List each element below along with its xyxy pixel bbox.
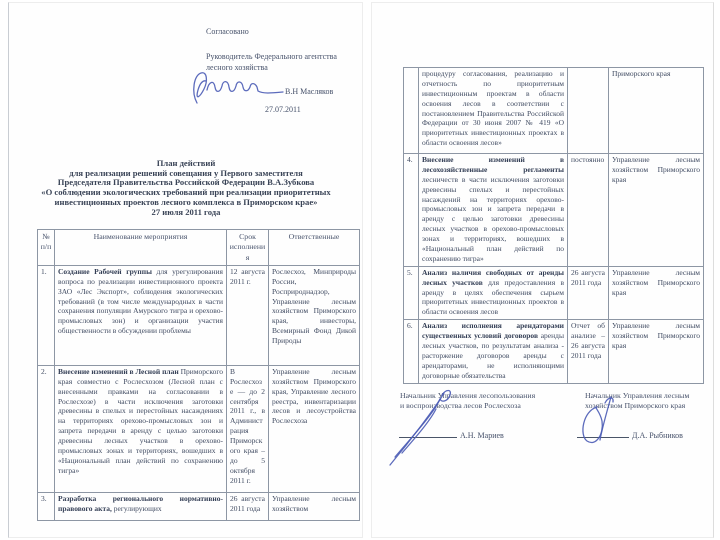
signatory-title-line2: хозяйством Приморского края <box>585 401 720 411</box>
document-page-right: процедуру согласования, реализацию и отч… <box>371 2 714 538</box>
activity-cell: Внесение изменений в Лесной план Приморс… <box>55 365 227 492</box>
table-row: 2. Внесение изменений в Лесной план Прим… <box>38 365 360 492</box>
row-number <box>404 68 419 154</box>
responsible-cell: Управление лесным хозяйством Приморского… <box>609 320 704 383</box>
approver-title-line1: Руководитель Федерального агентства <box>206 52 337 62</box>
activity-cell: процедуру согласования, реализацию и отч… <box>419 68 568 154</box>
responsible-cell: Управление лесным хозяйством Приморского… <box>609 154 704 267</box>
table-row-continuation: процедуру согласования, реализацию и отч… <box>404 68 704 154</box>
activity-cell: Анализ наличия свободных от аренды лесны… <box>419 266 568 319</box>
row-number: 5. <box>404 266 419 319</box>
deadline-cell: постоянно <box>568 154 609 267</box>
signatory-title-line1: Начальник Управления лесным <box>585 391 720 401</box>
activity-rest-text: лесничеств в части исключения заготовки … <box>422 175 564 263</box>
responsible-cell: Управление лесным хозяйством Приморского… <box>269 365 360 492</box>
signatory-title-line2: и воспроизводства лесов Рослесхоза <box>400 401 560 411</box>
responsible-cell: Рослесхоз, Минприроды России, Росприродн… <box>269 265 360 365</box>
row-number: 4. <box>404 154 419 267</box>
table-row: 1. Создание Рабочей группы для урегулиро… <box>38 265 360 365</box>
responsible-cell: Управление лесным хозяйством <box>269 492 360 520</box>
row-number: 3. <box>38 492 55 520</box>
activity-cell: Создание Рабочей группы для урегулирован… <box>55 265 227 365</box>
activity-rest-text: регулирующих <box>112 504 162 513</box>
signature-underline <box>399 429 457 438</box>
responsible-cell: Управление лесным хозяйством Приморского… <box>609 266 704 319</box>
approval-label: Согласовано <box>206 27 249 37</box>
deadline-cell: Отчет об анализе – 26 августа 2011 года <box>568 320 609 383</box>
deadline-cell: 12 августа 2011 г. <box>227 265 269 365</box>
signature-underline <box>577 429 629 438</box>
responsible-cell: Приморского края <box>609 68 704 154</box>
table-row: 4. Внесение изменений в лесохозяйственны… <box>404 154 704 267</box>
col-header-activity: Наименование мероприятия <box>55 230 227 266</box>
approval-date: 27.07.2011 <box>265 105 301 115</box>
table-row: 5. Анализ наличия свободных от аренды ле… <box>404 266 704 319</box>
signatory-title-line1: Начальник Управления лесопользования <box>400 391 560 401</box>
title-line: 27 июля 2011 года <box>25 208 347 218</box>
activity-bold-text: Внесение изменений в лесохозяйственные р… <box>422 155 564 174</box>
activity-rest-text: для урегулирования вопроса по реализации… <box>58 267 223 335</box>
table-row: 3. Разработка регионального нормативно-п… <box>38 492 360 520</box>
signature-line-left: А.Н. Мариев <box>399 429 504 440</box>
document-page-left: Согласовано Руководитель Федерального аг… <box>8 2 363 538</box>
activity-rest-text: процедуру согласования, реализацию и отч… <box>422 69 564 147</box>
signature-line-right: Д.А. Рыбников <box>577 429 683 440</box>
col-header-deadline: Срок исполнения <box>227 230 269 266</box>
action-plan-table-page2: процедуру согласования, реализацию и отч… <box>403 67 704 384</box>
deadline-cell <box>568 68 609 154</box>
activity-bold-text: Внесение изменений в Лесной план <box>58 367 179 376</box>
deadline-cell: В Рослесхозе — до 2 сентября 2011 г., в … <box>227 365 269 492</box>
signatory-title-right: Начальник Управления лесным хозяйством П… <box>585 391 720 411</box>
row-number: 1. <box>38 265 55 365</box>
document-title: План действий для реализации решений сов… <box>25 159 347 217</box>
signatory-name: Д.А. Рыбников <box>632 431 683 440</box>
action-plan-table-page1: № п/п Наименование мероприятия Срок испо… <box>37 229 360 521</box>
table-row: 6. Анализ исполнения арендаторами сущест… <box>404 320 704 383</box>
col-header-num: № п/п <box>38 230 55 266</box>
activity-cell: Разработка регионального нормативно-прав… <box>55 492 227 520</box>
maslyakov-signature-icon <box>187 67 292 109</box>
activity-cell: Внесение изменений в лесохозяйственные р… <box>419 154 568 267</box>
deadline-cell: 26 августа 2011 года <box>568 266 609 319</box>
table-header-row: № п/п Наименование мероприятия Срок испо… <box>38 230 360 266</box>
activity-cell: Анализ исполнения арендаторами существен… <box>419 320 568 383</box>
row-number: 2. <box>38 365 55 492</box>
row-number: 6. <box>404 320 419 383</box>
activity-rest-text: Приморского края совместно с Рослесхозом… <box>58 367 223 475</box>
activity-bold-text: Создание Рабочей группы <box>58 267 152 276</box>
approver-name: В.Н Масляков <box>285 87 333 97</box>
deadline-cell: 26 августа 2011 года <box>227 492 269 520</box>
signatory-title-left: Начальник Управления лесопользования и в… <box>400 391 560 411</box>
signatory-name: А.Н. Мариев <box>460 431 504 440</box>
col-header-responsible: Ответственные <box>269 230 360 266</box>
